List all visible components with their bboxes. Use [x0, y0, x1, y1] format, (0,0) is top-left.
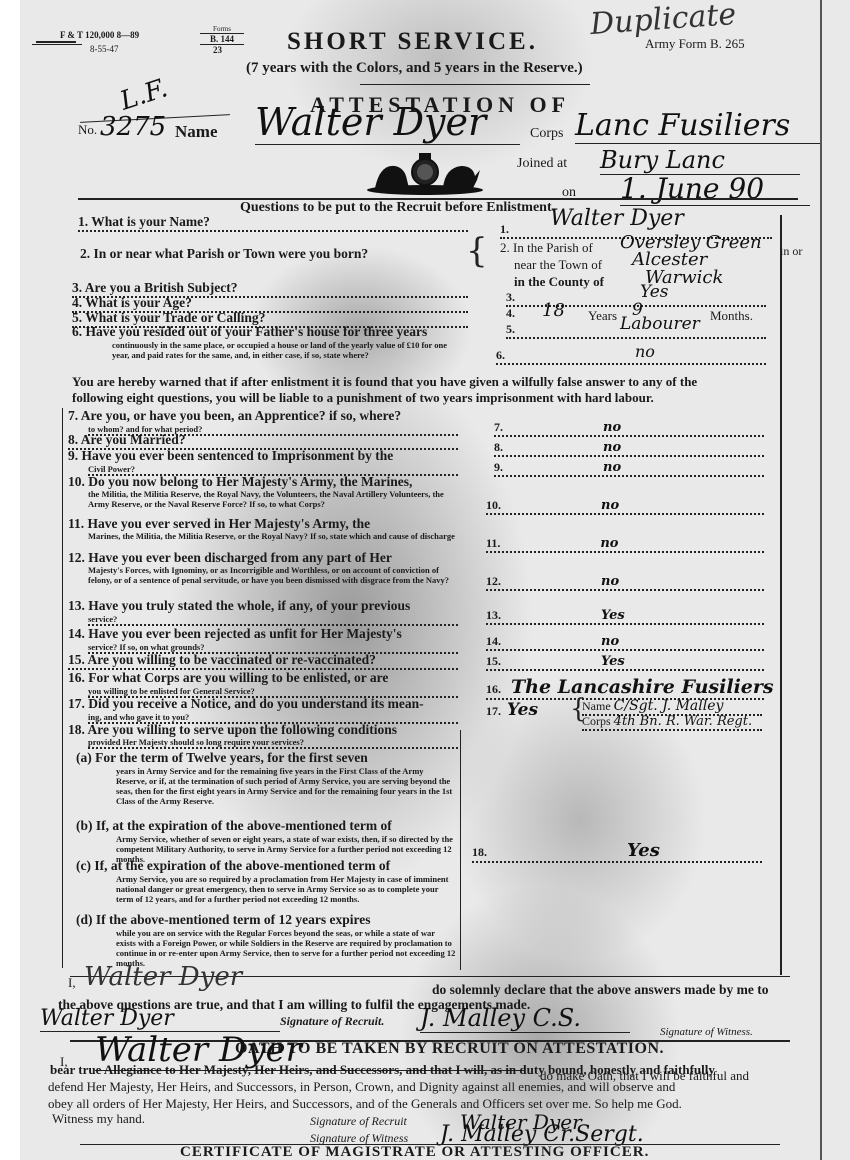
declaration-text-1: do solemnly declare that the above answe… — [432, 982, 768, 998]
witness-signature-1[interactable]: J. Malley C.S. — [420, 1004, 630, 1033]
condition-a-detail: years in Army Service and for the remain… — [116, 766, 456, 806]
answer-17: 17.Yes — [486, 700, 538, 720]
printer-code-2: 8-55-47 — [90, 44, 119, 54]
form-subtitle: (7 years with the Colors, and 5 years in… — [246, 60, 583, 77]
answer-16: 16.The Lancashire Fusiliers — [486, 676, 764, 700]
recruit-name-field[interactable]: Walter Dyer — [255, 100, 520, 145]
certificate-heading: CERTIFICATE OF MAGISTRATE OR ATTESTING O… — [180, 1144, 649, 1160]
question-13: 13. Have you truly stated the whole, if … — [68, 598, 410, 614]
answer-12: 12.no — [486, 574, 764, 591]
witness-signature-label: Signature of Witness. — [660, 1026, 753, 1038]
witness-my-hand: Witness my hand. — [52, 1111, 145, 1127]
answer-15: 15.Yes — [486, 654, 764, 671]
question-11-detail: Marines, the Militia, the Militia Reserv… — [88, 531, 458, 541]
warning-line-1: You are hereby warned that if after enli… — [72, 374, 697, 390]
answer-10: 10.no — [486, 498, 764, 515]
question-10: 10. Do you now belong to Her Majesty's A… — [68, 474, 412, 490]
question-12-detail: Majesty's Forces, with Ignominy, or as I… — [88, 565, 458, 585]
answer-2-county-label: in the County of — [514, 274, 604, 290]
form-title: SHORT SERVICE. — [287, 28, 538, 56]
brace: { — [466, 236, 488, 266]
condition-c: (c) If, at the expiration of the above-m… — [76, 858, 390, 874]
initials-annotation: L.F. — [117, 73, 172, 116]
corps-field[interactable]: Lanc Fusiliers — [575, 108, 820, 144]
joined-date-field[interactable]: 1. June 90 — [620, 172, 810, 206]
notice-giver-corps: Corps 4th Bn. R. War. Regt. — [582, 714, 762, 731]
joined-label: Joined at — [517, 156, 567, 172]
recruit-signature-1[interactable]: Walter Dyer — [40, 1006, 280, 1032]
oath-line-2: bear true Allegiance to Her Majesty, Her… — [50, 1062, 715, 1078]
oath-line-3: defend Her Majesty, Her Heirs, and Succe… — [48, 1079, 675, 1095]
question-1: 1. What is your Name? — [78, 214, 468, 232]
question-7: 7. Are you, or have you been, an Apprent… — [68, 408, 401, 424]
question-17: 17. Did you receive a Notice, and do you… — [68, 696, 424, 712]
recruit-signature-label: Signature of Recruit. — [280, 1014, 384, 1029]
regimental-number: 3275 — [100, 112, 166, 142]
answer-7: 7.no — [494, 420, 764, 437]
answer-6-line: 6. — [496, 348, 766, 365]
joined-at-field[interactable]: Bury Lanc — [600, 146, 800, 175]
answer-4-line: 4. — [506, 306, 515, 321]
attestation-form-page: F & T 120,000 8—89 8-55-47 Forms B. 144 … — [20, 0, 850, 1160]
royal-coat-of-arms-icon — [365, 150, 485, 195]
question-18-detail: provided Her Majesty should so long requ… — [88, 737, 458, 749]
oath-recruit-sig-label: Signature of Recruit — [310, 1114, 407, 1129]
answer-9: 9.no — [494, 460, 764, 477]
answer-11: 11.no — [486, 536, 764, 553]
question-10-detail: the Militia, the Militia Reserve, the Ro… — [88, 489, 458, 509]
answer-13: 13.Yes — [486, 608, 764, 625]
answer-2-parish: 2. In the Parish of — [500, 240, 593, 256]
printer-code: F & T 120,000 8—89 — [60, 30, 139, 40]
question-12: 12. Have you ever been discharged from a… — [68, 550, 392, 566]
question-18: 18. Are you willing to serve upon the fo… — [68, 722, 397, 738]
name-label: Name — [175, 122, 217, 142]
declaration-i-label: I, — [68, 975, 76, 991]
forms-number: B. 144 — [200, 33, 244, 45]
question-13-detail: service? — [88, 614, 458, 626]
answer-3-value[interactable]: Yes — [640, 282, 669, 302]
question-14: 14. Have you ever been rejected as unfit… — [68, 626, 402, 642]
condition-c-detail: Army Service, you are so required by a p… — [116, 874, 456, 904]
answer-18: 18.Yes — [472, 840, 762, 863]
question-6-detail: continuously in the same place, or occup… — [112, 340, 457, 360]
answer-14: 14.no — [486, 634, 764, 651]
question-9: 9. Have you ever been sentenced to Impri… — [68, 448, 393, 464]
declaration-name-field[interactable]: Walter Dyer — [84, 962, 242, 992]
oath-line-4: obey all orders of Her Majesty, Her Heir… — [48, 1096, 682, 1112]
answer-8: 8.no — [494, 440, 764, 457]
answer-5-value[interactable]: Labourer — [620, 314, 700, 334]
question-6: 6. Have you resided out of your Father's… — [72, 324, 427, 340]
forms-sub: 23 — [213, 45, 222, 55]
question-16: 16. For what Corps are you willing to be… — [68, 670, 388, 686]
number-prefix: No. — [78, 122, 97, 138]
warning-line-2: following eight questions, you will be l… — [72, 390, 654, 406]
question-11: 11. Have you ever served in Her Majesty'… — [68, 516, 370, 532]
answer-1-name[interactable]: Walter Dyer — [550, 206, 684, 231]
question-2: 2. In or near what Parish or Town were y… — [80, 246, 368, 262]
answer-6-value[interactable]: no — [635, 342, 655, 361]
condition-d: (d) If the above-mentioned term of 12 ye… — [76, 912, 370, 928]
condition-a: (a) For the term of Twelve years, for th… — [76, 750, 368, 766]
corps-label: Corps — [530, 126, 563, 142]
army-form-id: Army Form B. 265 — [645, 36, 745, 52]
answer-2-town-label: near the Town of — [514, 257, 602, 273]
condition-b: (b) If, at the expiration of the above-m… — [76, 818, 392, 834]
in-or-label: in or — [780, 244, 802, 259]
forms-label: Forms — [202, 25, 242, 33]
question-15: 15. Are you willing to be vaccinated or … — [68, 652, 458, 670]
answer-4-years-value[interactable]: 18 — [542, 300, 565, 321]
